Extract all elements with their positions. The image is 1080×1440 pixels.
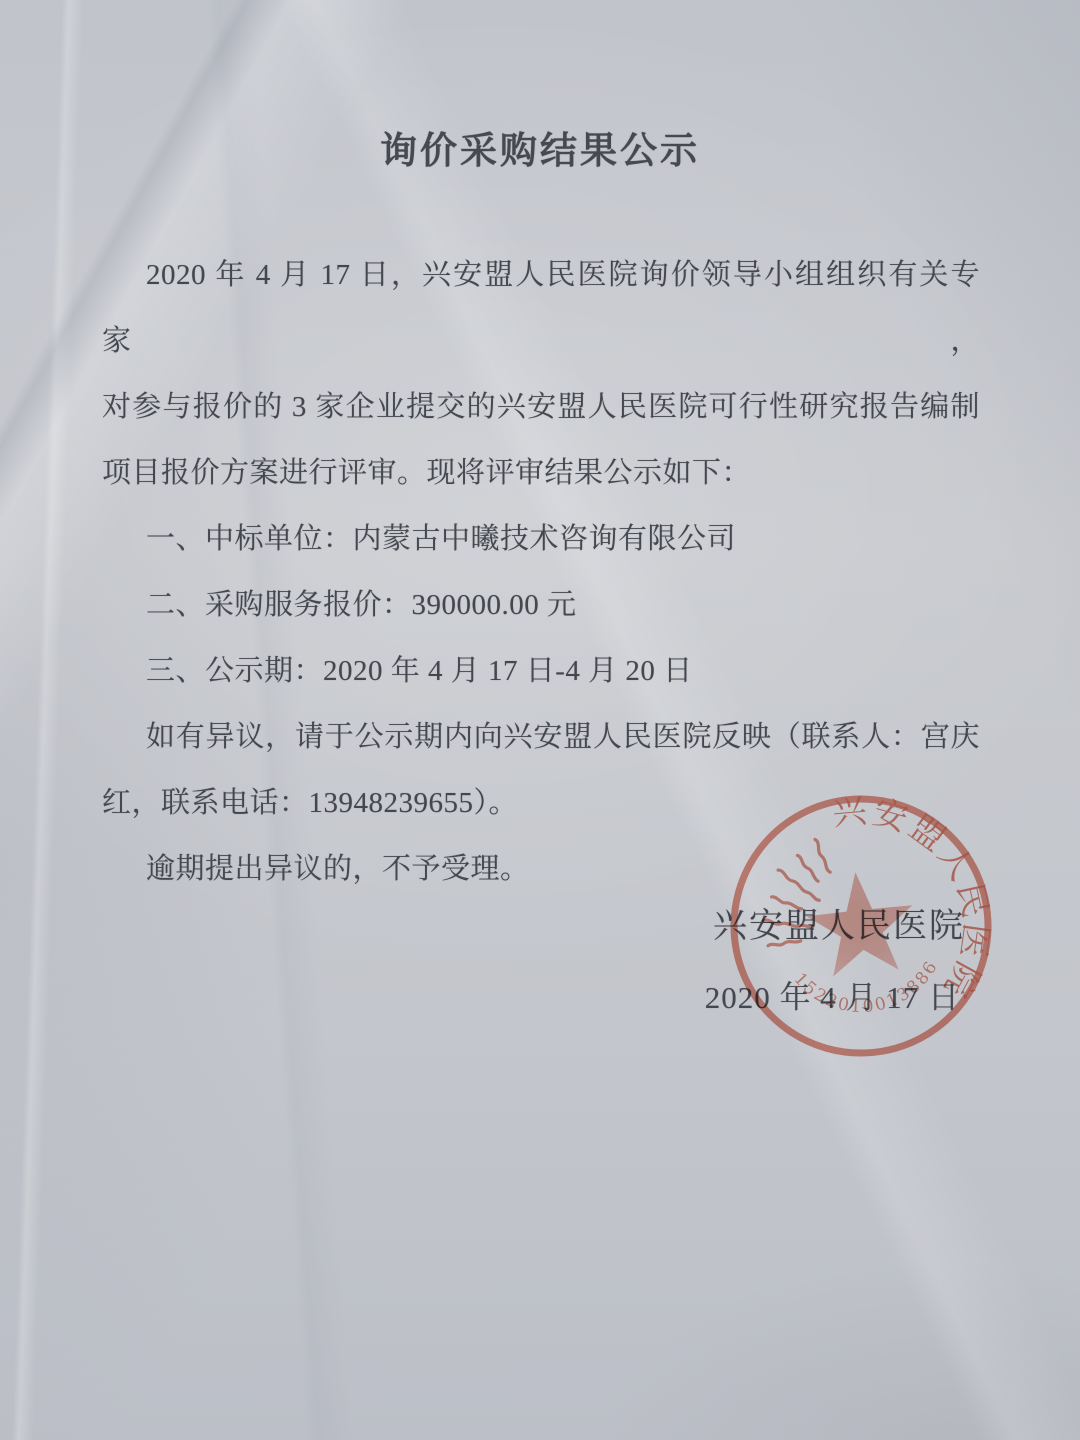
document-page: 询价采购结果公示 2020 年 4 月 17 日，兴安盟人民医院询价领导小组组织… [0,0,1080,1440]
body-line: 三、公示期：2020 年 4 月 17 日-4 月 20 日 [102,638,980,704]
body-line: 对参与报价的 3 家企业提交的兴安盟人民医院可行性研究报告编制 [102,374,980,440]
document-title: 询价采购结果公示 [0,120,1080,174]
body-line: 二、采购服务报价：390000.00 元 [102,572,980,638]
body-line: 如有异议，请于公示期内向兴安盟人民医院反映（联系人：宫庆 [102,704,980,770]
body-line: 一、中标单位：内蒙古中曦技术咨询有限公司 [102,506,980,572]
body-line: 项目报价方案进行评审。现将评审结果公示如下： [102,440,980,506]
official-seal-stamp: 兴安盟人民医院 1522010013886 [696,761,1026,1091]
stamp-mongolian-script [755,838,841,949]
stamp-serial-number: 1522010013886 [788,955,947,1025]
svg-text:1522010013886: 1522010013886 [788,955,947,1025]
stamp-star-icon [802,867,919,979]
body-line: 2020 年 4 月 17 日，兴安盟人民医院询价领导小组组织有关专家， [102,242,980,374]
